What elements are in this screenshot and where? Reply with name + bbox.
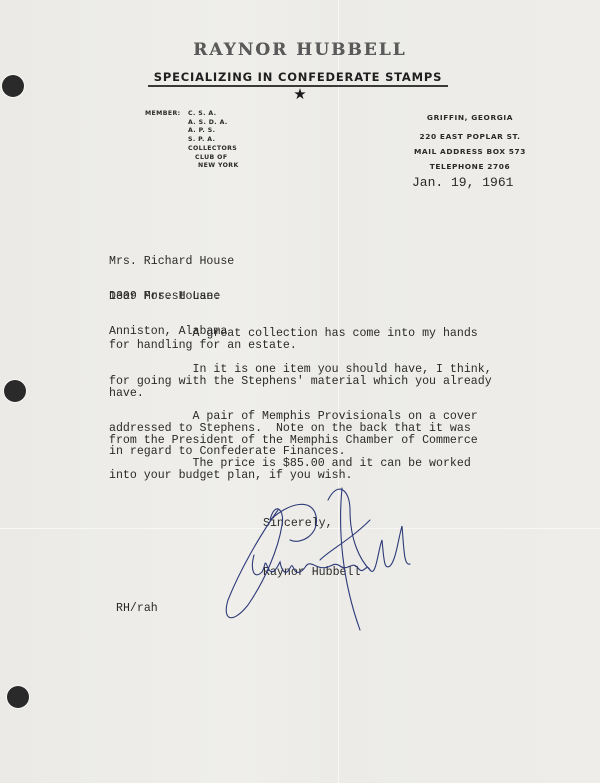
membership-item: A. P. S. bbox=[188, 127, 239, 136]
letterhead-name: RAYNOR HUBBELL bbox=[0, 40, 600, 60]
star-icon: ★ bbox=[0, 85, 600, 103]
membership-item: C. S. A. bbox=[188, 110, 239, 119]
membership-item: CLUB OF bbox=[188, 154, 239, 163]
salutation: Dear Mrs. House: bbox=[109, 291, 220, 303]
membership-item: A. S. D. A. bbox=[188, 119, 239, 128]
punch-hole-icon bbox=[4, 380, 26, 402]
body-paragraph: In it is one item you should have, I thi… bbox=[109, 364, 492, 399]
address-street: 220 EAST POPLAR ST. bbox=[385, 129, 555, 144]
membership-item: COLLECTORS bbox=[188, 145, 239, 154]
address-telephone: TELEPHONE 2706 bbox=[385, 159, 555, 174]
letter-page: RAYNOR HUBBELL SPECIALIZING IN CONFEDERA… bbox=[0, 0, 600, 783]
address-city: GRIFFIN, GEORGIA bbox=[385, 110, 555, 125]
recipient-name: Mrs. Richard House bbox=[109, 256, 234, 268]
punch-hole-icon bbox=[7, 686, 29, 708]
member-label: MEMBER: bbox=[145, 110, 181, 119]
membership-item: S. P. A. bbox=[188, 136, 239, 145]
address-mailbox: MAIL ADDRESS BOX 573 bbox=[385, 144, 555, 159]
reference-initials: RH/rah bbox=[116, 603, 158, 615]
body-paragraph: A great collection has come into my hand… bbox=[109, 328, 478, 352]
letter-date: Jan. 19, 1961 bbox=[412, 177, 513, 189]
body-paragraph: The price is $85.00 and it can be worked… bbox=[109, 458, 471, 482]
membership-item: NEW YORK bbox=[188, 162, 239, 171]
body-paragraph: A pair of Memphis Provisionals on a cove… bbox=[109, 411, 478, 458]
handwritten-signature-icon bbox=[220, 480, 440, 640]
letterhead-address: GRIFFIN, GEORGIA 220 EAST POPLAR ST. MAI… bbox=[385, 110, 555, 174]
membership-list: C. S. A. A. S. D. A. A. P. S. S. P. A. C… bbox=[188, 110, 239, 171]
